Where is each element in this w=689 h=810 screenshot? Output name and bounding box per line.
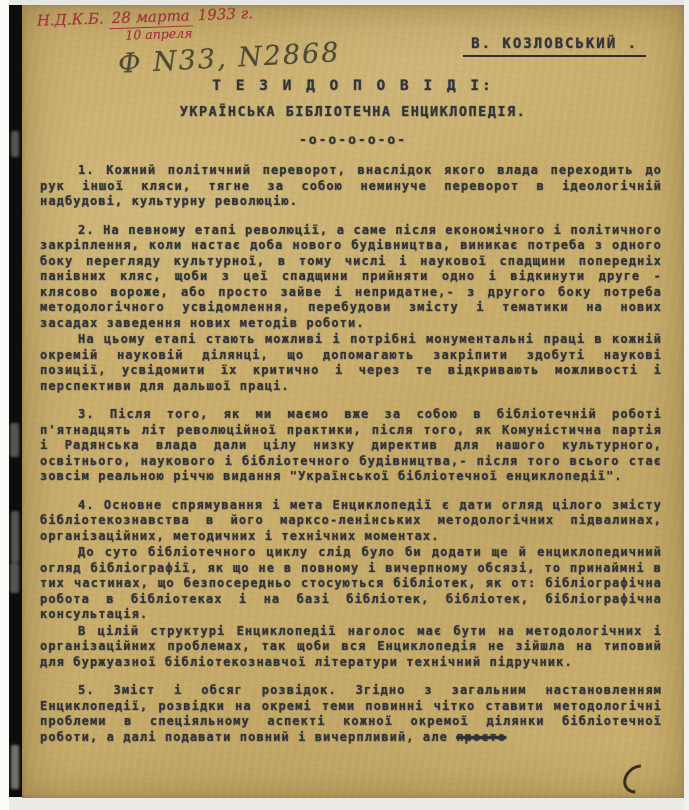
- paragraph-5: 5. Зміст і обсяг розвідок. Згідно з зага…: [40, 683, 662, 745]
- paragraph-4-continuation-2: В цілій структурі Енциклопедії наголос м…: [40, 624, 662, 671]
- paragraph-1: 1. Кожний політичний переворот, внаслідо…: [40, 163, 662, 210]
- paragraph-2: 2. На певному етапі революції, а саме пі…: [40, 223, 662, 332]
- gutter-ghost-text: [10, 563, 19, 593]
- author-name: В. КОЗЛОВСЬКИЙ .: [463, 36, 646, 57]
- paragraph-3: 3. Після того, як ми маємо вже за собою …: [40, 407, 662, 485]
- document-body: 1. Кожний політичний переворот, внаслідо…: [40, 163, 662, 745]
- scan-margin-right: [684, 0, 689, 810]
- paragraph-4-continuation-1: До суто бібліотечного циклу слід було би…: [40, 545, 662, 623]
- paragraph-2-continuation: На цьому етапі стають можливі і потрібні…: [40, 332, 662, 394]
- registration-year: 1933 г.: [197, 4, 253, 24]
- scan-margin-left: [0, 0, 9, 810]
- scan-margin-bottom: [9, 798, 689, 810]
- gutter-ghost-text: [11, 131, 19, 157]
- scanned-document-page: Н.Д.К.Б.28 марта1933 г. 10 апреля Ф N33,…: [0, 0, 689, 810]
- document-subtitle: УКРАЇНСЬКА БІБЛІОТЕЧНА ЕНЦИКЛОПЕДІЯ.: [22, 104, 684, 120]
- second-date-note: 10 апреля: [125, 23, 254, 42]
- scan-gutter-shadow: [9, 3, 22, 797]
- ornament-separator: -о-о-о-о-о-: [22, 133, 684, 148]
- gutter-ghost-text: [11, 745, 19, 789]
- handwritten-file-number: Ф N33, N2868: [117, 37, 341, 80]
- gutter-ghost-text: [10, 423, 19, 457]
- handwritten-registration-note: Н.Д.К.Б.28 марта1933 г. 10 апреля: [36, 4, 253, 46]
- paragraph-4: 4. Основне спрямування і мета Енциклопед…: [40, 498, 662, 545]
- paragraph-5-text: 5. Зміст і обсяг розвідок. Згідно з зага…: [40, 683, 662, 744]
- document-paper: Н.Д.К.Б.28 марта1933 г. 10 апреля Ф N33,…: [22, 5, 684, 798]
- pen-stroke-mark: [617, 759, 658, 800]
- struck-word: просто: [456, 730, 506, 744]
- gutter-ghost-text: [11, 511, 19, 563]
- registry-abbreviation: Н.Д.К.Б.: [36, 9, 104, 29]
- document-title: Т Е З И Д О П О В І Д І:: [22, 78, 684, 94]
